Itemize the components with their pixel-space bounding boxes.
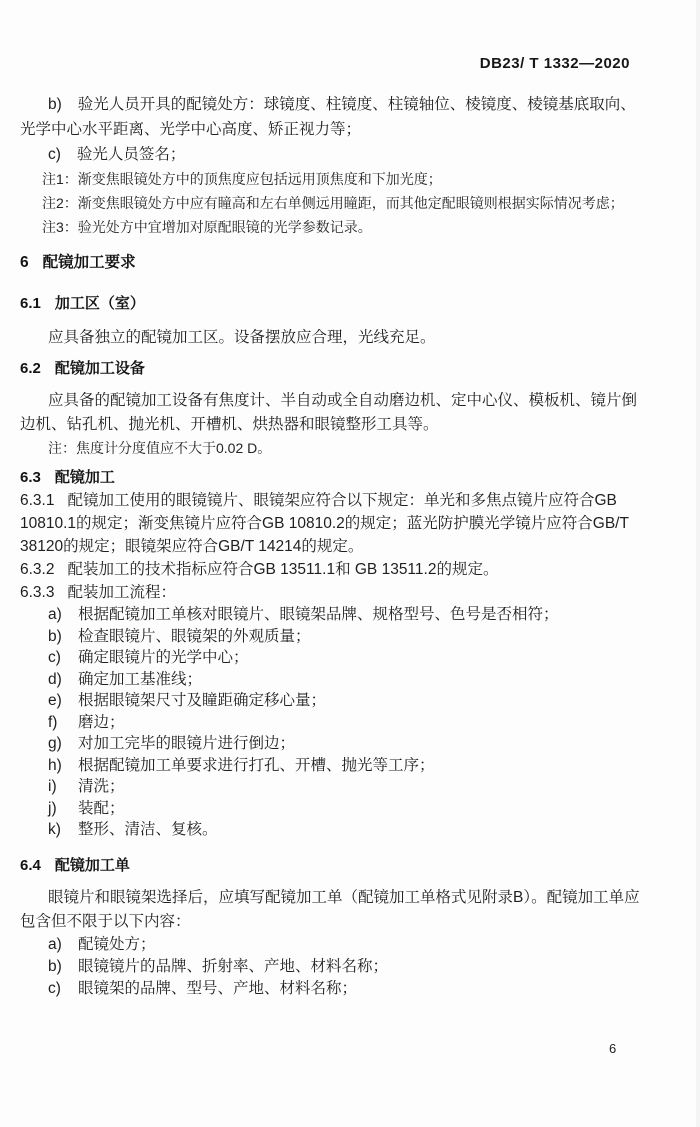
- section-6-1-body: 应具备独立的配镜加工区。设备摆放应合理，光线充足。: [20, 326, 642, 350]
- clause-6-3-3: 6.3.3配装加工流程：: [20, 581, 642, 604]
- clause-6-3-2: 6.3.2配装加工的技术指标应符合GB 13511.1和 GB 13511.2的…: [20, 558, 642, 581]
- list-item-b: b)验光人员开具的配镜处方：球镜度、柱镜度、柱镜轴位、棱镜度、棱镜基底取向、光学…: [20, 92, 642, 142]
- list-item-marker: f): [48, 712, 78, 734]
- list-item-marker: a): [48, 604, 78, 626]
- list-item-marker: b): [48, 96, 62, 113]
- list-item: e)根据眼镜架尺寸及瞳距确定移心量；: [48, 690, 642, 712]
- list-item: a)根据配镜加工单核对眼镜片、眼镜架品牌、规格型号、色号是否相符；: [48, 604, 642, 626]
- section-title-text: 加工区（室）: [55, 295, 145, 312]
- list-item: i)清洗；: [48, 776, 642, 798]
- note-3: 注3：验光处方中宜增加对原配眼镜的光学参数记录。: [20, 215, 642, 239]
- list-item-marker: d): [48, 669, 78, 691]
- note-1: 注1：渐变焦眼镜处方中的顶焦度应包括远用顶焦度和下加光度；: [20, 167, 642, 191]
- section-title-text: 配镜加工: [55, 469, 115, 486]
- standard-code: DB23/ T 1332—2020: [480, 55, 630, 72]
- page-number: 6: [609, 1041, 616, 1056]
- list-item: a)配镜处方；: [48, 934, 642, 956]
- section-number: 6.4: [20, 857, 41, 874]
- list-item-text: 装配；: [78, 800, 125, 817]
- chapter-6-heading: 6配镜加工要求: [20, 252, 642, 274]
- section-title-text: 配镜加工单: [55, 857, 130, 874]
- clause-text: 配镜加工使用的眼镜镜片、眼镜架应符合以下规定：单光和多焦点镜片应符合GB 108…: [20, 492, 629, 555]
- section-number: 6.3: [20, 469, 41, 486]
- list-item-text: 根据配镜加工单核对眼镜片、眼镜架品牌、规格型号、色号是否相符；: [78, 606, 559, 623]
- list-item-text: 清洗；: [78, 778, 125, 795]
- list-item-marker: g): [48, 733, 78, 755]
- process-step-list: a)根据配镜加工单核对眼镜片、眼镜架品牌、规格型号、色号是否相符； b)检查眼镜…: [20, 604, 642, 841]
- list-item-text: 确定眼镜片的光学中心；: [78, 649, 249, 666]
- section-6-2-body: 应具备的配镜加工设备有焦度计、半自动或全自动磨边机、定中心仪、模板机、镜片倒边机…: [20, 389, 642, 437]
- clause-text: 配装加工流程：: [67, 584, 176, 601]
- list-item: d)确定加工基准线；: [48, 669, 642, 691]
- document-body: b)验光人员开具的配镜处方：球镜度、柱镜度、柱镜轴位、棱镜度、棱镜基底取向、光学…: [0, 92, 700, 1000]
- list-item-marker: j): [48, 798, 78, 820]
- worksheet-item-list: a)配镜处方； b)眼镜镜片的品牌、折射率、产地、材料名称； c)眼镜架的品牌、…: [20, 934, 642, 1000]
- list-item-text: 根据眼镜架尺寸及瞳距确定移心量；: [78, 692, 326, 709]
- list-item-text: 验光人员开具的配镜处方：球镜度、柱镜度、柱镜轴位、棱镜度、棱镜基底取向、光学中心…: [20, 96, 636, 138]
- list-item: g)对加工完毕的眼镜片进行倒边；: [48, 733, 642, 755]
- list-item-text: 配镜处方；: [78, 936, 156, 953]
- list-item: f)磨边；: [48, 712, 642, 734]
- list-item-text: 磨边；: [78, 714, 125, 731]
- list-item: c)确定眼镜片的光学中心；: [48, 647, 642, 669]
- clause-number: 6.3.1: [20, 492, 54, 509]
- section-6-1-heading: 6.1加工区（室）: [20, 293, 642, 315]
- list-item-marker: h): [48, 755, 78, 777]
- document-page: DB23/ T 1332—2020 b)验光人员开具的配镜处方：球镜度、柱镜度、…: [0, 0, 700, 1127]
- page-header: DB23/ T 1332—2020: [0, 0, 700, 72]
- clause-number: 6.3.2: [20, 561, 54, 578]
- section-6-4-heading: 6.4配镜加工单: [20, 855, 642, 877]
- list-item-c: c)验光人员签名；: [20, 142, 642, 167]
- list-item-text: 眼镜架的品牌、型号、产地、材料名称；: [78, 980, 357, 997]
- list-item-text: 验光人员签名；: [77, 146, 186, 163]
- list-item-marker: i): [48, 776, 78, 798]
- list-item-marker: a): [48, 934, 78, 956]
- section-6-2-heading: 6.2配镜加工设备: [20, 358, 642, 380]
- chapter-title-text: 配镜加工要求: [43, 254, 136, 271]
- clause-text: 配装加工的技术指标应符合GB 13511.1和 GB 13511.2的规定。: [67, 561, 498, 578]
- list-item-marker: c): [48, 146, 61, 163]
- section-number: 6.2: [20, 360, 41, 377]
- list-item-marker: b): [48, 956, 78, 978]
- list-item-marker: c): [48, 978, 78, 1000]
- list-item-text: 眼镜镜片的品牌、折射率、产地、材料名称；: [78, 958, 388, 975]
- list-item-marker: c): [48, 647, 78, 669]
- chapter-number: 6: [20, 254, 29, 271]
- list-item: c)眼镜架的品牌、型号、产地、材料名称；: [48, 978, 642, 1000]
- list-item: b)检查眼镜片、眼镜架的外观质量；: [48, 626, 642, 648]
- section-6-4-body: 眼镜片和眼镜架选择后，应填写配镜加工单（配镜加工单格式见附录B）。配镜加工单应包…: [20, 886, 642, 934]
- list-item-marker: k): [48, 819, 78, 841]
- section-6-3-heading: 6.3配镜加工: [20, 467, 642, 489]
- list-item-text: 检查眼镜片、眼镜架的外观质量；: [78, 628, 311, 645]
- section-6-2-note: 注：焦度计分度值应不大于0.02 D。: [20, 437, 642, 459]
- clause-number: 6.3.3: [20, 584, 54, 601]
- list-item-text: 根据配镜加工单要求进行打孔、开槽、抛光等工序；: [78, 757, 435, 774]
- note-2: 注2：渐变焦眼镜处方中应有瞳高和左右单侧远用瞳距，而其他定配眼镜则根据实际情况考…: [20, 191, 642, 215]
- list-item: k)整形、清洁、复核。: [48, 819, 642, 841]
- list-item: h)根据配镜加工单要求进行打孔、开槽、抛光等工序；: [48, 755, 642, 777]
- list-item-marker: e): [48, 690, 78, 712]
- section-title-text: 配镜加工设备: [55, 360, 145, 377]
- section-number: 6.1: [20, 295, 41, 312]
- clause-6-3-1: 6.3.1配镜加工使用的眼镜镜片、眼镜架应符合以下规定：单光和多焦点镜片应符合G…: [20, 489, 642, 558]
- list-item-text: 对加工完毕的眼镜片进行倒边；: [78, 735, 295, 752]
- list-item-text: 整形、清洁、复核。: [78, 821, 218, 838]
- list-item: j)装配；: [48, 798, 642, 820]
- list-item-marker: b): [48, 626, 78, 648]
- list-item-text: 确定加工基准线；: [78, 671, 202, 688]
- list-item: b)眼镜镜片的品牌、折射率、产地、材料名称；: [48, 956, 642, 978]
